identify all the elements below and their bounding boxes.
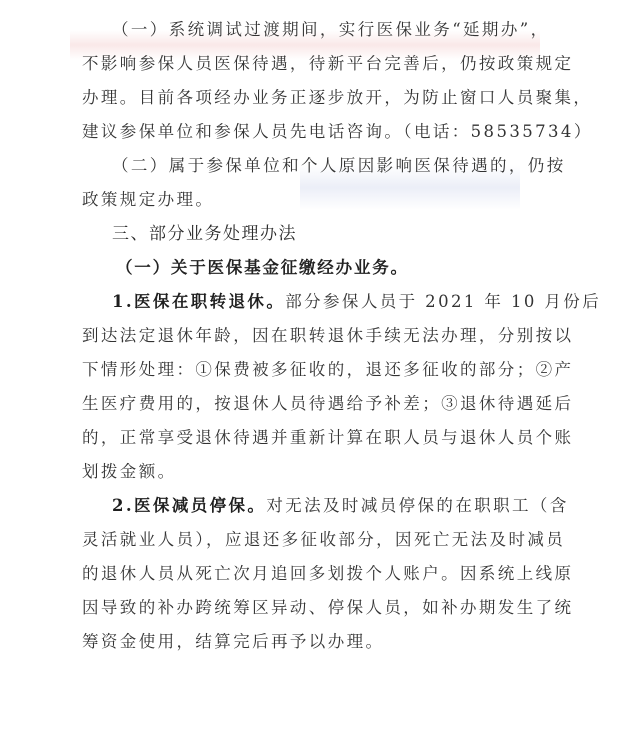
paragraph-line: 筹资金使用，结算完后再予以办理。 — [82, 632, 532, 652]
item-2-text: 对无法及时减员停保的在职职工（含 — [266, 496, 568, 515]
section-heading: 三、部分业务处理办法 — [112, 224, 562, 244]
paragraph-line: （一）系统调试过渡期间，实行医保业务“延期办”， — [112, 20, 562, 40]
paragraph-line: 到达法定退休年龄，因在职转退休手续无法办理，分别按以 — [82, 326, 532, 346]
paragraph-line: 划拨金额。 — [82, 462, 532, 482]
item-2-title: 2.医保减员停保。 — [112, 496, 266, 515]
subsection-heading: （一）关于医保基金征缴经办业务。 — [116, 258, 566, 278]
paragraph-line: 灵活就业人员），应退还多征收部分，因死亡无法及时减员 — [82, 530, 532, 550]
item-2-first-line: 2.医保减员停保。对无法及时减员停保的在职职工（含 — [112, 496, 562, 516]
paragraph-line: 的，正常享受退休待遇并重新计算在职人员与退休人员个账 — [82, 428, 532, 448]
paragraph-line: 生医疗费用的，按退休人员待遇给予补差；③退休待遇延后 — [82, 394, 532, 414]
paragraph-line: 下情形处理：①保费被多征收的，退还多征收的部分；②产 — [82, 360, 532, 380]
paragraph-line-with-phone: 建议参保单位和参保人员先电话咨询。（电话：58535734） — [82, 122, 532, 142]
item-1-first-line: 1.医保在职转退休。部分参保人员于 2021 年 10 月份后 — [112, 292, 562, 312]
item-1-title: 1.医保在职转退休。 — [112, 292, 285, 311]
paragraph-line: 政策规定办理。 — [82, 190, 532, 210]
paragraph-line: 的退休人员从死亡次月追回多划拨个人账户。因系统上线原 — [82, 564, 532, 584]
paragraph-line: （二）属于参保单位和个人原因影响医保待遇的，仍按 — [112, 156, 562, 176]
paragraph-line: 不影响参保人员医保待遇，待新平台完善后，仍按政策规定 — [82, 54, 532, 74]
paragraph-line: 因导致的补办跨统筹区异动、停保人员，如补办期发生了统 — [82, 598, 532, 618]
scanned-document-page: （一）系统调试过渡期间，实行医保业务“延期办”， 不影响参保人员医保待遇，待新平… — [0, 0, 620, 749]
paragraph-line: 办理。目前各项经办业务正逐步放开，为防止窗口人员聚集， — [82, 88, 532, 108]
item-1-text: 部分参保人员于 2021 年 10 月份后 — [285, 292, 601, 311]
